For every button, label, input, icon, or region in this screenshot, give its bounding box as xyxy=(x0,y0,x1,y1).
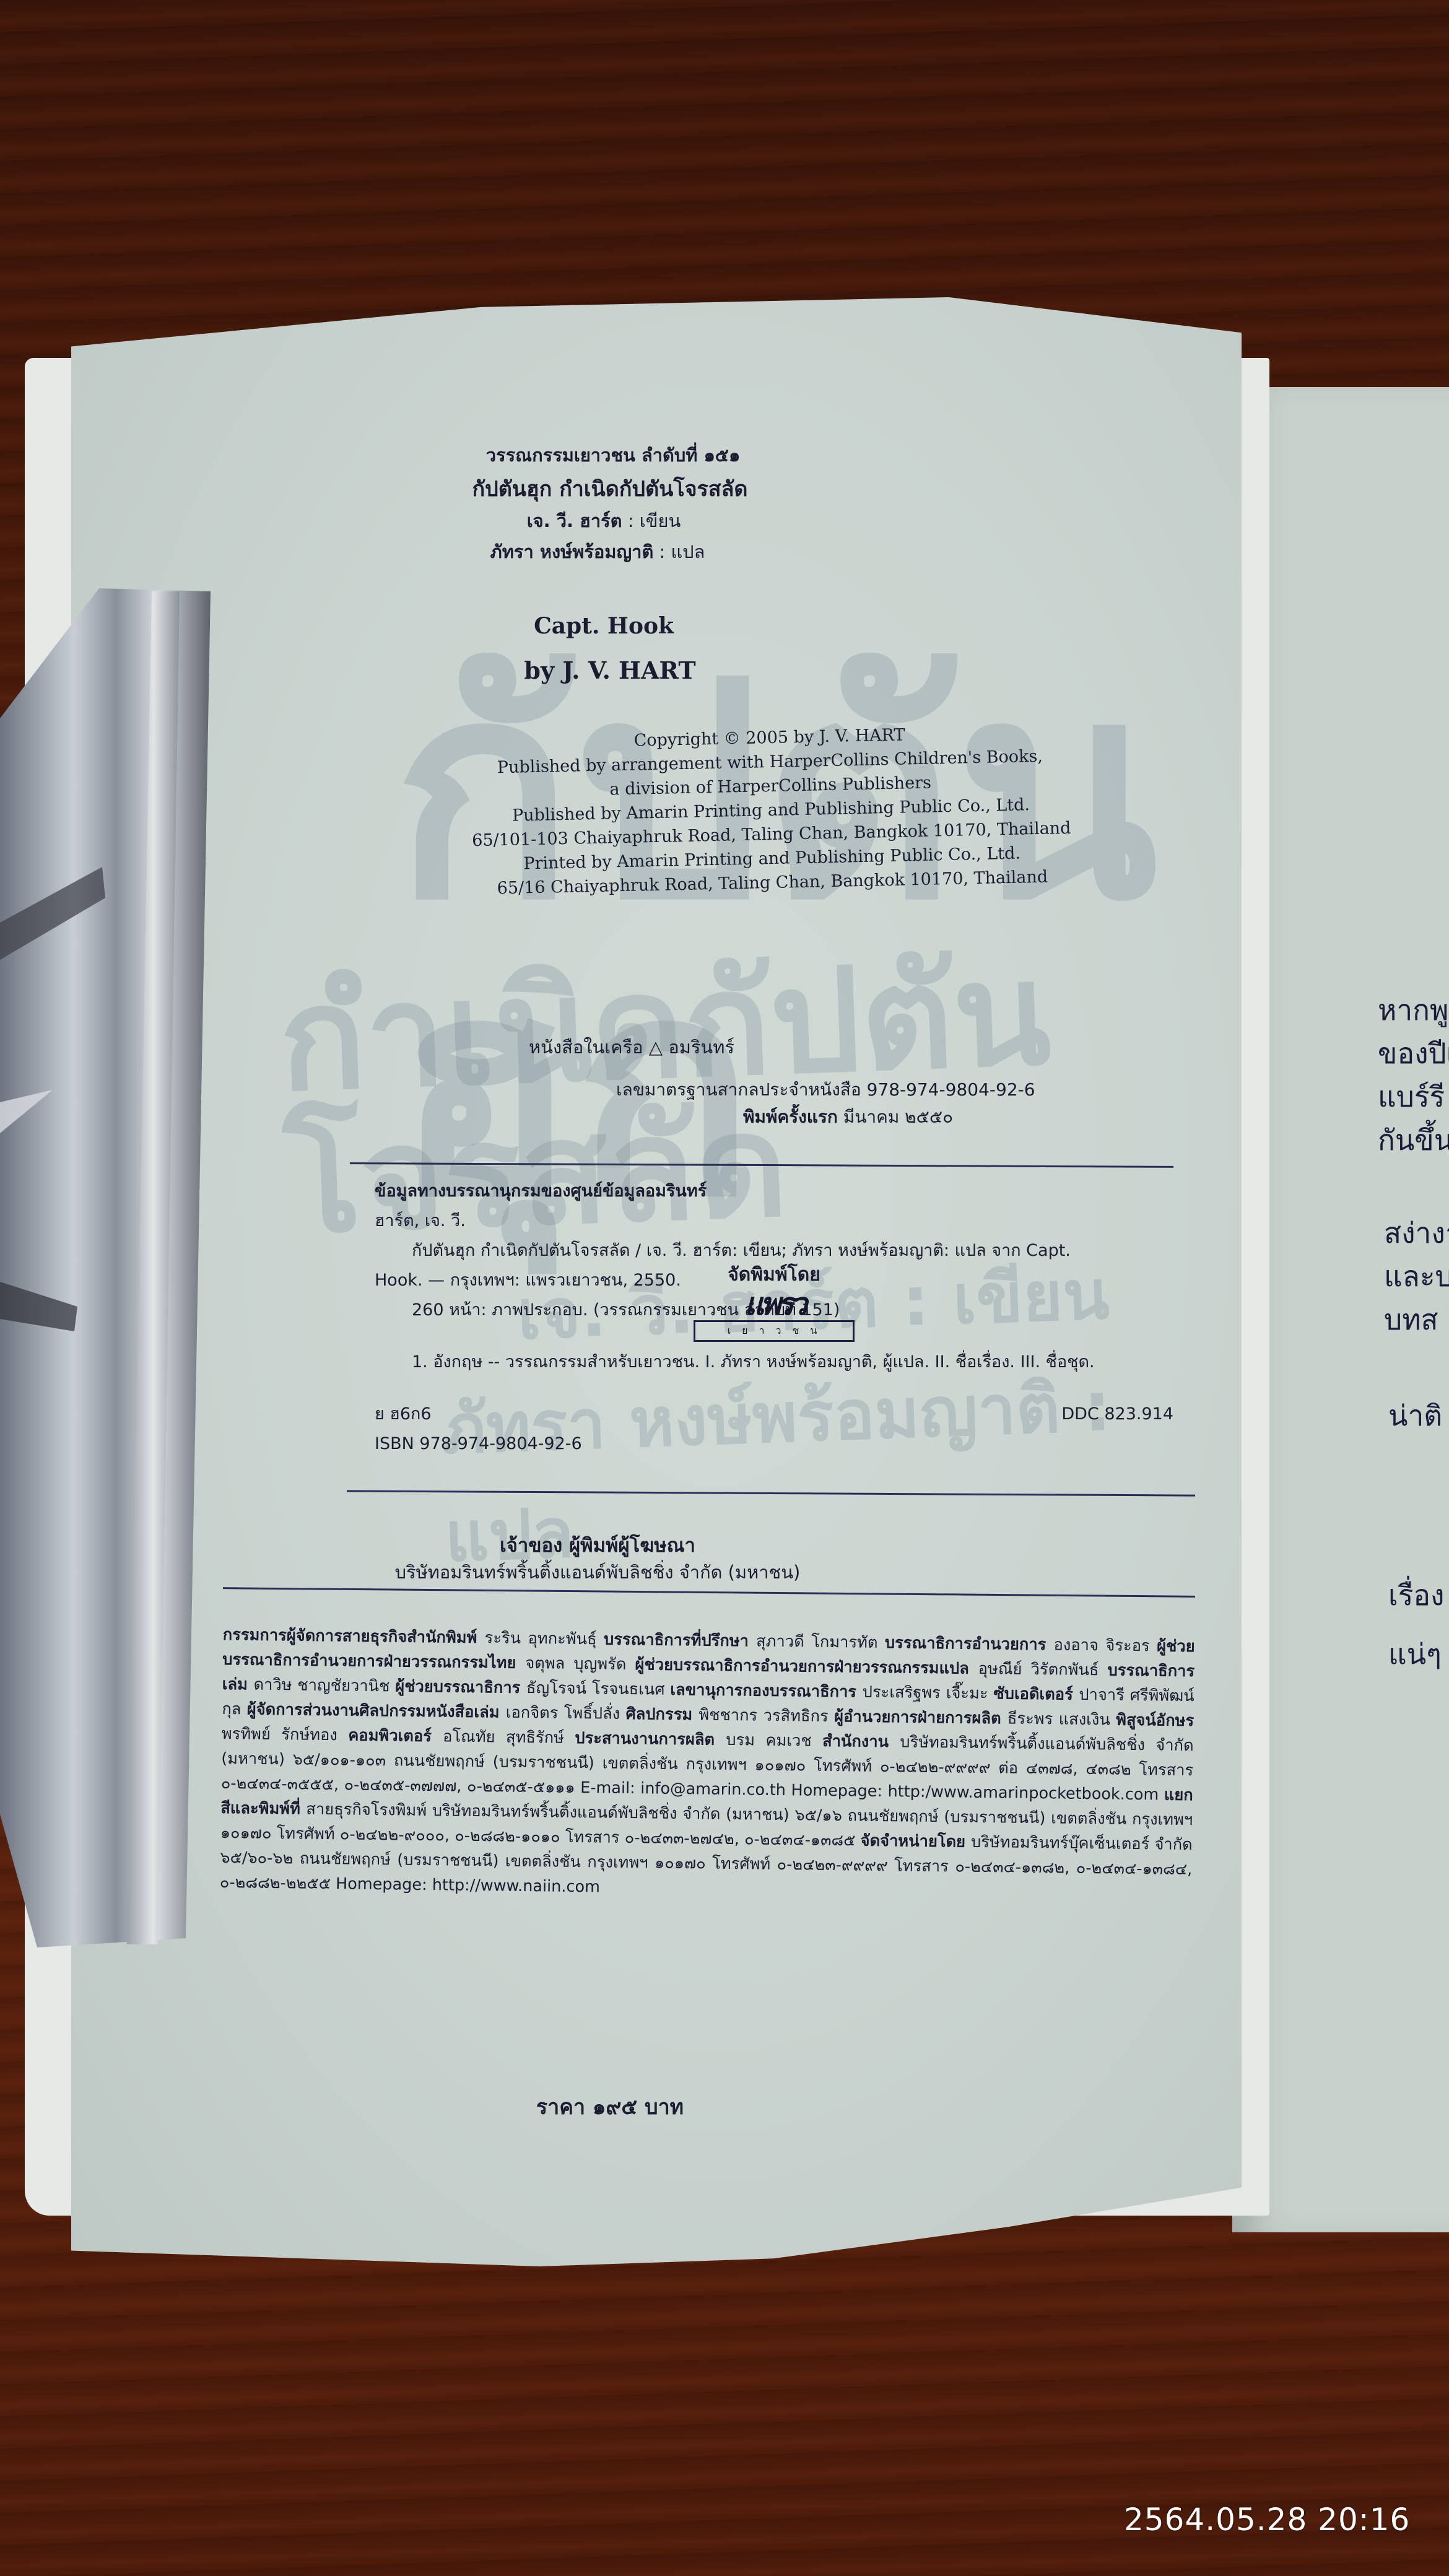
author-role: : เขียน xyxy=(622,510,681,531)
first-print-line: พิมพ์ครั้งแรก มีนาคม ๒๕๕๐ xyxy=(743,1103,953,1131)
credit-name: เอกจิตร โพธิ์ปลั่ง xyxy=(506,1704,626,1723)
first-print-label: พิมพ์ครั้งแรก xyxy=(743,1107,838,1127)
translator-name: ภัทรา หงษ์พร้อมญาติ xyxy=(490,541,654,562)
staff-credits: กรรมการผู้จัดการสายธุรกิจสำนักพิมพ์ ระริ… xyxy=(220,1622,1195,1907)
credit-name: อุษณีย์ วิรัตกพันธ์ xyxy=(978,1660,1108,1680)
credit-name: จตุพล บุญพรัด xyxy=(525,1654,635,1674)
owner-label: เจ้าของ ผู้พิมพ์ผู้โฆษณา xyxy=(71,1529,1124,1560)
right-page-fragment: บทส xyxy=(1384,1297,1438,1342)
credit-name: ดาวิษ ชาญชัยวานิช xyxy=(253,1676,395,1696)
copyright-notice: Copyright © 2005 by J. V. HART Published… xyxy=(367,717,1175,903)
cip-title-entry-cont: Hook. — กรุงเทพฯ: แพรวเยาวชน, 2550. xyxy=(375,1266,1192,1295)
credit-name: ประเสริฐพร เจี๊ะมะ xyxy=(863,1683,994,1704)
network-prefix: หนังสือในเครือ xyxy=(529,1037,643,1058)
credit-role: เลขานุการกองบรรณาธิการ xyxy=(670,1681,863,1702)
isbn-thai-line: เลขมาตรฐานสากลประจำหนังสือ 978-974-9804-… xyxy=(616,1076,1035,1103)
credit-role: พิสูจน์อักษร xyxy=(1116,1711,1194,1731)
series-line: วรรณกรรมเยาวชน ลำดับที่ ๑๕๑ xyxy=(71,441,1155,469)
credit-role: คอมพิวเตอร์ xyxy=(348,1726,443,1746)
amarin-triangle-icon: △ xyxy=(649,1037,663,1058)
credit-role: ผู้ช่วยบรรณาธิการอำนวยการฝ่ายวรรณกรรมแปล xyxy=(635,1655,978,1678)
credit-role: จัดจำหน่ายโดย xyxy=(860,1832,971,1851)
english-title: Capt. Hook xyxy=(71,613,1136,639)
right-page-fragment: สง่างา xyxy=(1384,1211,1449,1256)
right-page-fragment: หากพู xyxy=(1378,988,1448,1033)
credit-name: อโณทัย สุทธิรักษ์ xyxy=(443,1727,575,1747)
cip-block: ข้อมูลทางบรรณานุกรมของศูนย์ข้อมูลอมรินทร… xyxy=(375,1177,1192,1459)
author-line: เจ. วี. ฮาร์ต : เขียน xyxy=(71,507,1136,535)
cip-isbn: ISBN 978-974-9804-92-6 xyxy=(375,1429,1192,1459)
thai-title: กัปตันฮุก กำเนิดกัปตันโจรสลัด xyxy=(71,472,1149,505)
cip-call-number: ย ฮ6ก6 xyxy=(375,1399,432,1429)
network-line: หนังสือในเครือ △ อมรินทร์ xyxy=(71,1033,1192,1061)
credit-name: พิชชากร วรสิทธิกร xyxy=(698,1705,834,1726)
translator-role: : แปล xyxy=(653,541,705,562)
english-byline: by J. V. HART xyxy=(71,656,1149,684)
divider xyxy=(350,1162,1173,1168)
credit-role: ผู้ช่วยบรรณาธิการ xyxy=(395,1677,526,1697)
right-page-fragment: และบ xyxy=(1384,1254,1449,1299)
credit-role: บรรณาธิการอำนวยการ xyxy=(885,1634,1054,1654)
credit-role: กรรมการผู้จัดการสายธุรกิจสำนักพิมพ์ xyxy=(223,1625,485,1647)
cip-subjects: 1. อังกฤษ -- วรรณกรรมสำหรับเยาวชน. I. ภั… xyxy=(375,1347,1192,1377)
right-page-fragment: ของปีเ xyxy=(1378,1031,1449,1076)
author-name: เจ. วี. ฮาร์ต xyxy=(527,510,622,531)
divider xyxy=(223,1587,1195,1598)
credit-name: พรทิพย์ รักษ์ทอง xyxy=(222,1725,349,1744)
credit-name: ระริน อุทกะพันธุ์ xyxy=(484,1629,604,1648)
network-name: อมรินทร์ xyxy=(668,1037,734,1058)
cip-ddc: DDC 823.914 xyxy=(1061,1399,1173,1429)
cip-title: ข้อมูลทางบรรณานุกรมของศูนย์ข้อมูลอมรินทร… xyxy=(375,1177,1192,1206)
owner-company: บริษัทอมรินทร์พริ้นติ้งแอนด์พับลิชชิ่ง จ… xyxy=(71,1558,1124,1586)
credit-name: ธีระพร แสงเงิน xyxy=(1007,1709,1116,1729)
right-page-fragment: แบร์รี xyxy=(1378,1074,1445,1120)
photo-timestamp: 2564.05.28 20:16 xyxy=(1124,2502,1410,2538)
first-print-date: มีนาคม ๒๕๕๐ xyxy=(843,1107,953,1127)
right-page-fragment: แน่ๆ xyxy=(1388,1632,1442,1677)
cip-author: ฮาร์ต, เจ. วี. xyxy=(375,1206,1192,1236)
price: ราคา ๑๙๕ บาท xyxy=(71,2090,1149,2123)
credit-role: สำนักงาน xyxy=(822,1732,900,1752)
credit-role: ผู้จัดการส่วนงานศิลปกรรมหนังสือเล่ม xyxy=(247,1700,506,1721)
credit-role: ประสานงานการผลิต xyxy=(575,1729,726,1749)
credit-name: ธัญโรจน์ โรจนธเนศ xyxy=(526,1679,671,1699)
binder-clip-icon xyxy=(0,576,214,1957)
cip-physical: 260 หน้า: ภาพประกอบ. (วรรณกรรมเยาวชน ลำด… xyxy=(375,1295,1192,1325)
credit-name: สุภาวดี โกมารทัต xyxy=(756,1632,885,1653)
credit-name: บรม คมเวช xyxy=(726,1731,822,1751)
credit-role: บรรณาธิการที่ปรึกษา xyxy=(604,1630,756,1651)
credit-name: องอาจ จิระอร xyxy=(1053,1635,1157,1655)
cip-title-entry: กัปตันฮุก กำเนิดกัปตันโจรสลัด / เจ. วี. … xyxy=(375,1236,1192,1266)
copyright-page: กัปตันฮุก กำเนิดกัปตันโจรสลัด เจ. วี. ฮา… xyxy=(71,297,1242,2266)
right-page-fragment: เรื่อง xyxy=(1388,1573,1445,1618)
divider xyxy=(347,1490,1195,1496)
credit-role: ผู้อำนวยการฝ่ายการผลิต xyxy=(834,1707,1007,1728)
credit-role: ซับเอดิเตอร์ xyxy=(993,1684,1079,1704)
cip-call-row: ย ฮ6ก6 DDC 823.914 xyxy=(375,1399,1192,1429)
credit-role: ศิลปกรรม xyxy=(625,1705,698,1724)
right-page-fragment: กันขึ้น xyxy=(1378,1118,1449,1163)
translator-line: ภัทรา หงษ์พร้อมญาติ : แปล xyxy=(71,537,1124,566)
right-page-fragment: น่าติ xyxy=(1388,1393,1442,1438)
